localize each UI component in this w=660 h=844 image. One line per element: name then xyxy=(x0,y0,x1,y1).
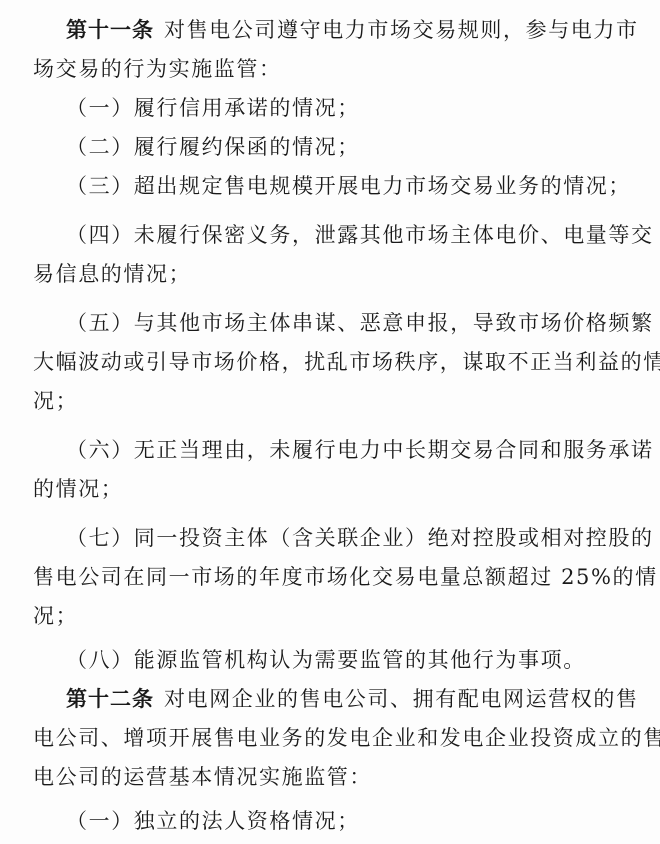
article-12-item-1: （一）独立的法人资格情况； xyxy=(66,806,626,836)
article-11-heading-line: 第十一条对售电公司遵守电力市场交易规则，参与电力市 xyxy=(66,15,626,45)
article-12-title: 第十二条 xyxy=(66,687,154,711)
document-page: 第十一条对售电公司遵守电力市场交易规则，参与电力市 场交易的行为实施监管： （一… xyxy=(0,0,660,844)
article-12-intro-line-2: 电公司、增项开展售电业务的发电企业和发电企业投资成立的售 xyxy=(33,723,623,753)
article-12-intro-line-3: 电公司的运营基本情况实施监管： xyxy=(33,762,623,792)
article-11-item-8: （八）能源监管机构认为需要监管的其他行为事项。 xyxy=(66,645,626,675)
article-11-item-7-line-2: 售电公司在同一市场的年度市场化交易电量总额超过 25%的情 xyxy=(33,562,623,592)
article-11-item-4-line-1: （四）未履行保密义务，泄露其他市场主体电价、电量等交 xyxy=(66,220,626,250)
article-11-item-5-line-3: 况； xyxy=(33,386,623,416)
article-12-heading-line: 第十二条对电网企业的售电公司、拥有配电网运营权的售 xyxy=(66,684,626,714)
article-11-item-5-line-2: 大幅波动或引导市场价格，扰乱市场秩序，谋取不正当利益的情 xyxy=(33,347,623,377)
article-11-item-4-line-2: 易信息的情况； xyxy=(33,259,623,289)
article-11-item-2: （二）履行履约保函的情况； xyxy=(66,132,626,162)
article-11-item-1: （一）履行信用承诺的情况； xyxy=(66,93,626,123)
article-12-intro-line-1: 对电网企业的售电公司、拥有配电网运营权的售 xyxy=(164,687,639,711)
article-11-title: 第十一条 xyxy=(66,18,154,42)
article-11-item-3: （三）超出规定售电规模开展电力市场交易业务的情况； xyxy=(66,171,626,201)
article-11-item-7-line-1: （七）同一投资主体（含关联企业）绝对控股或相对控股的 xyxy=(66,523,626,553)
article-11-intro-line-1: 对售电公司遵守电力市场交易规则，参与电力市 xyxy=(164,18,639,42)
article-11-item-5-line-1: （五）与其他市场主体串谋、恶意申报，导致市场价格频繁 xyxy=(66,308,626,338)
article-11-item-7-line-3: 况； xyxy=(33,601,623,631)
article-11-intro-line-2: 场交易的行为实施监管： xyxy=(33,54,623,84)
article-11-item-6-line-2: 的情况； xyxy=(33,474,623,504)
article-11-item-6-line-1: （六）无正当理由，未履行电力中长期交易合同和服务承诺 xyxy=(66,435,626,465)
